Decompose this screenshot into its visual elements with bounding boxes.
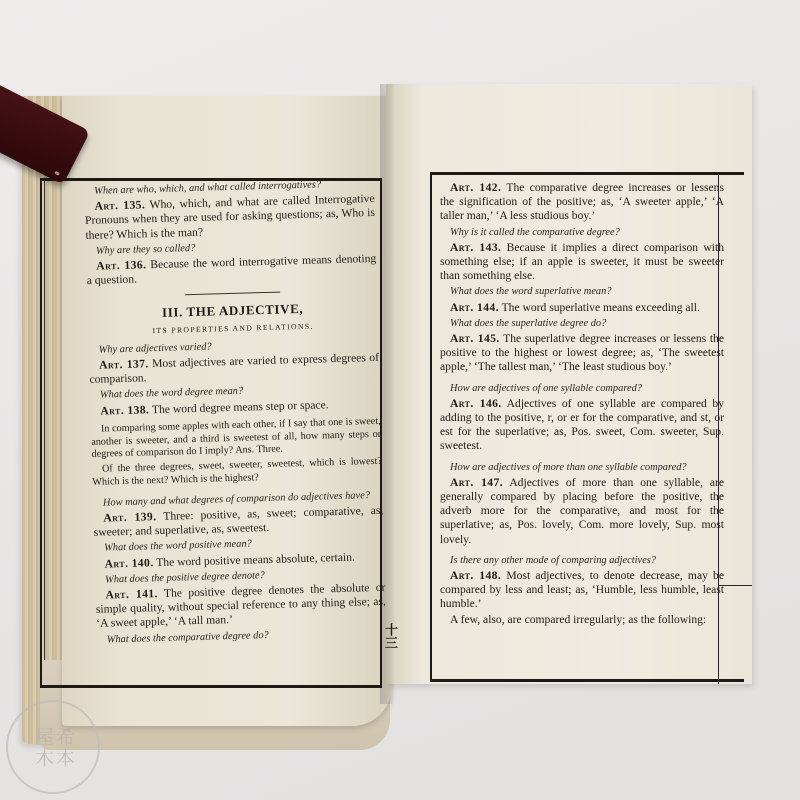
seal-char: 屋: [32, 727, 53, 746]
question: What does the word superlative mean?: [440, 285, 724, 299]
article-number: Art. 136.: [96, 258, 146, 272]
watermark-seal: 希 本 屋 木: [6, 700, 100, 794]
article-number: Art. 140.: [104, 556, 153, 570]
article-number: Art. 144.: [450, 301, 499, 314]
exercise-note: In comparing some apples with each other…: [91, 416, 382, 462]
seal-char: 希: [53, 727, 74, 746]
article-number: Art. 138.: [100, 403, 149, 417]
article-number: Art. 148.: [450, 569, 501, 582]
answer: Art. 144. The word superlative means exc…: [440, 301, 724, 315]
page-numeral: 十三: [381, 623, 400, 649]
answer: Art. 145. The superlative degree increas…: [440, 332, 724, 375]
article-number: Art. 147.: [450, 476, 503, 489]
question: How are adjectives of more than one syll…: [440, 461, 724, 475]
article-number: Art. 137.: [99, 357, 149, 371]
left-inner-rule: [44, 180, 45, 660]
question: What does the superlative degree do?: [440, 317, 724, 331]
answer: Art. 146. Adjectives of one syllable are…: [440, 397, 724, 454]
answer: Art. 135. Who, which, and what are calle…: [84, 192, 375, 243]
left-page-text: When are who, which, and what called int…: [84, 175, 387, 648]
article-number: Art. 139.: [103, 510, 156, 524]
answer: Art. 141. The positive degree denotes th…: [95, 581, 386, 632]
answer: Art. 147. Adjectives of more than one sy…: [440, 476, 724, 547]
question: Is there any other mode of comparing adj…: [440, 554, 724, 568]
question: How are adjectives of one syllable compa…: [440, 382, 724, 396]
article-number: Art. 143.: [450, 241, 501, 254]
article-number: Art. 135.: [94, 199, 145, 213]
article-number: Art. 146.: [450, 397, 502, 410]
paragraph: A few, also, are compared irregularly; a…: [440, 613, 724, 627]
question: Why is it called the comparative degree?: [440, 226, 724, 240]
section-separator: [185, 292, 280, 296]
article-number: Art. 145.: [450, 332, 500, 345]
article-number: Art. 141.: [105, 587, 158, 601]
answer: Art. 148. Most adjectives, to denote dec…: [440, 569, 724, 612]
right-page-text: Art. 142. The comparative degree increas…: [440, 180, 724, 627]
answer: Art. 142. The comparative degree increas…: [440, 181, 724, 224]
seal-char: 本: [53, 748, 74, 767]
answer: Art. 143. Because it implies a direct co…: [440, 241, 724, 284]
seal-char: 木: [32, 748, 53, 767]
article-number: Art. 142.: [450, 181, 501, 194]
